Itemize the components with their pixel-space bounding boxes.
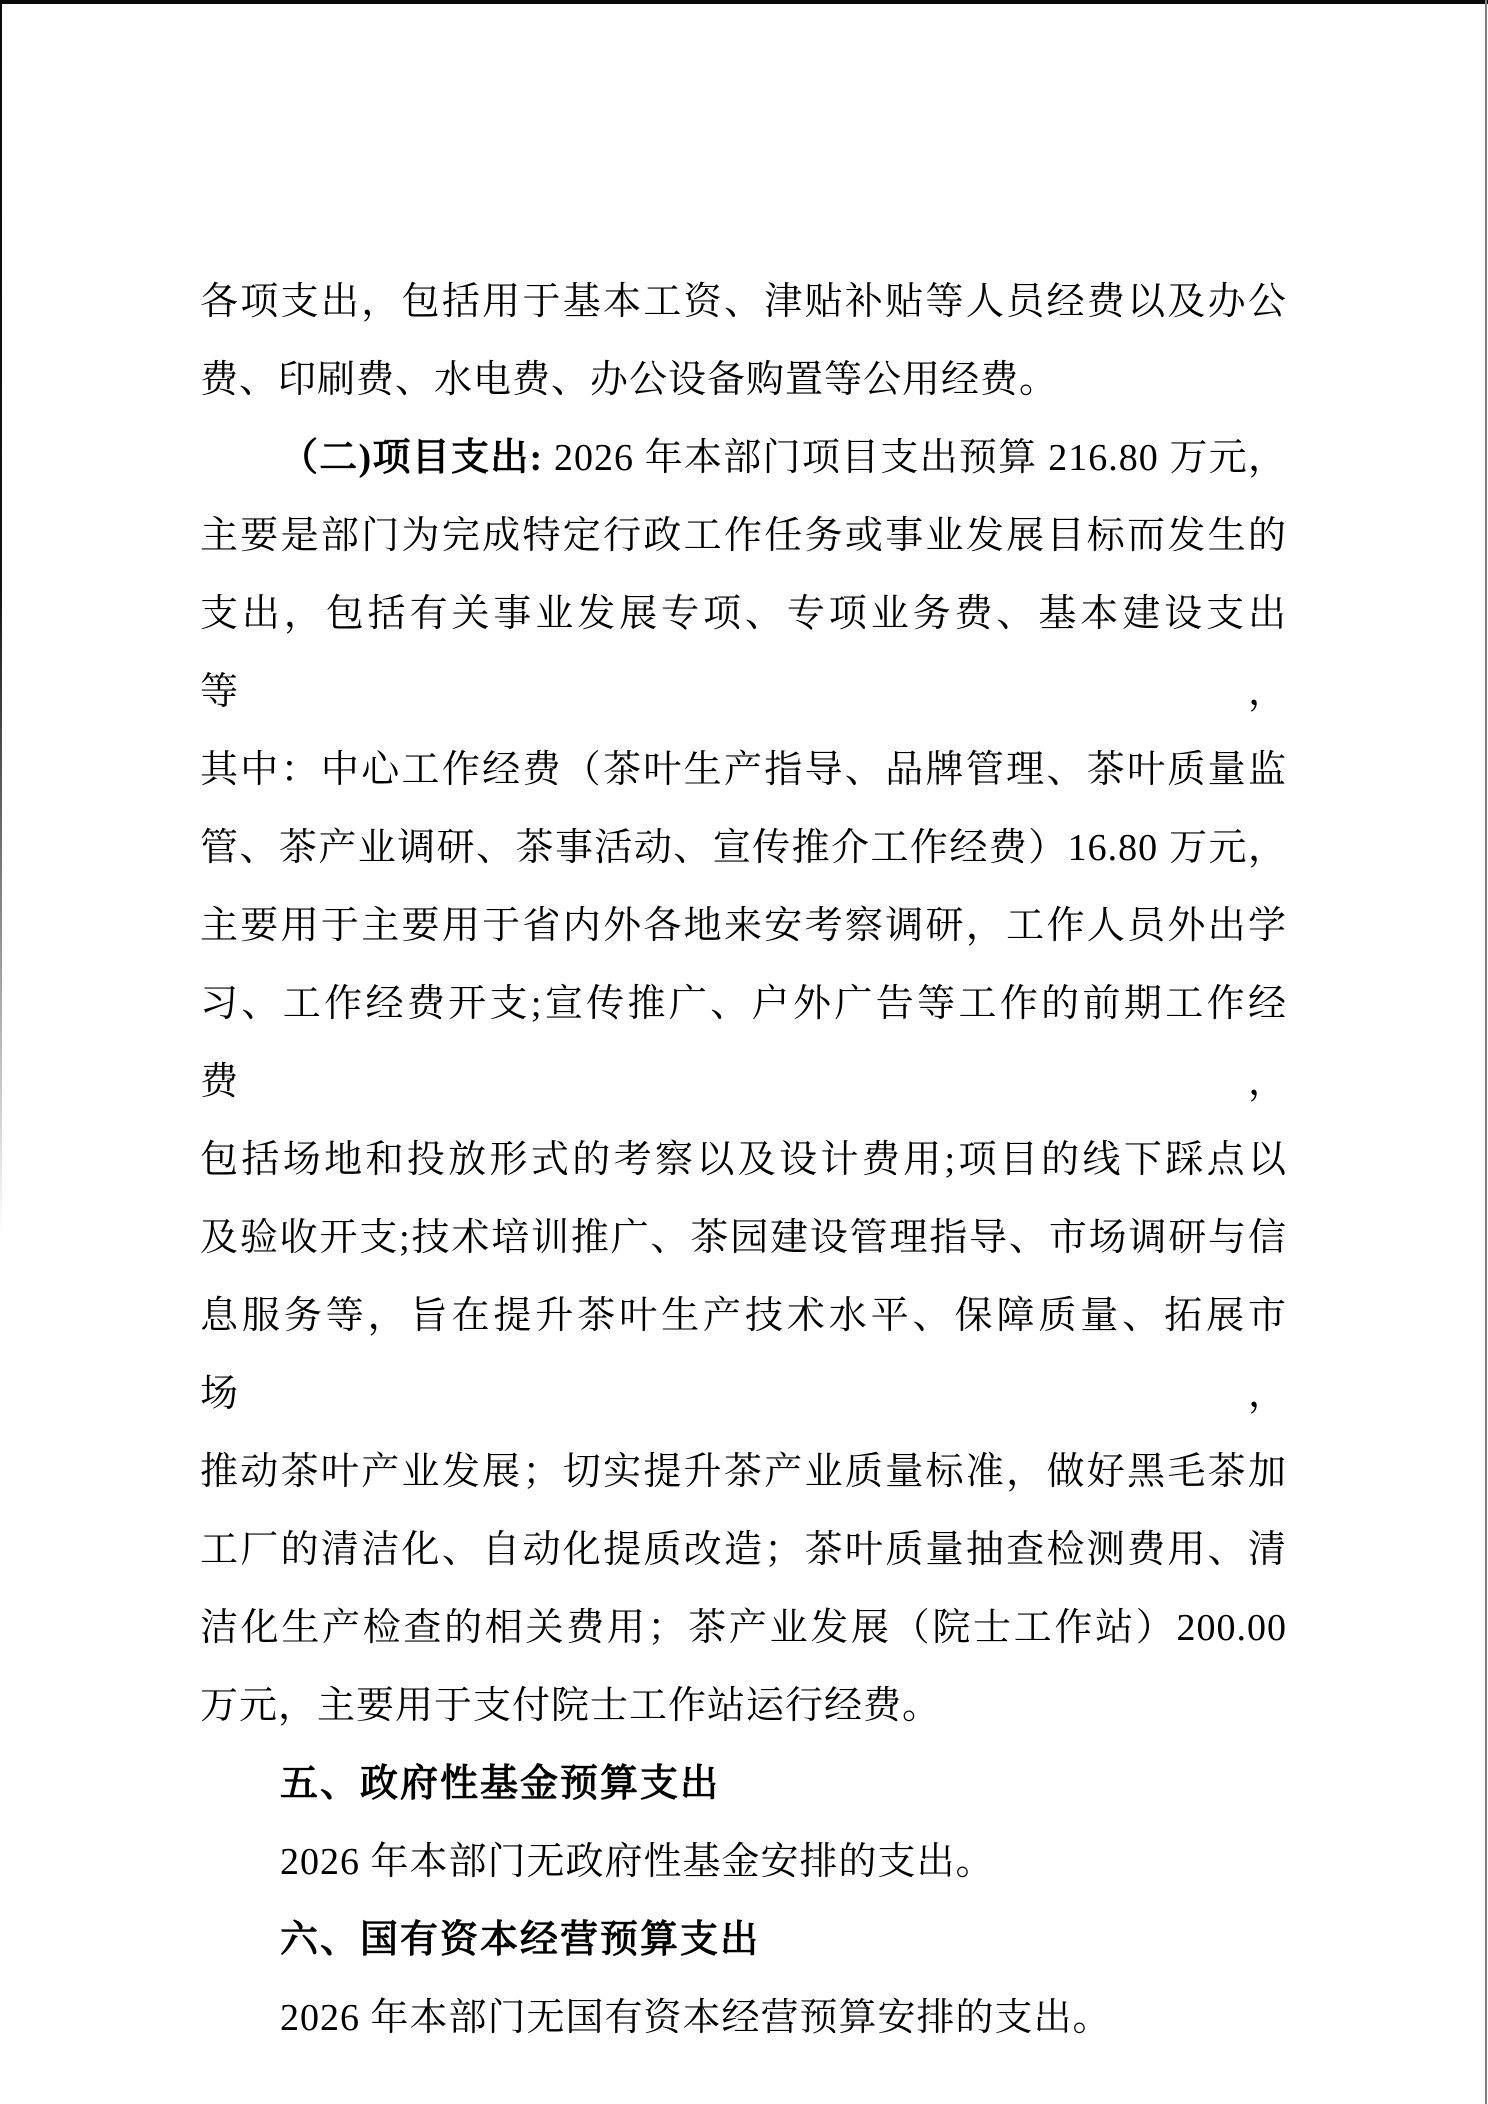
text-segment: 洁化生产检查的相关费用；茶产业发展（院士工作站）200.00 bbox=[200, 1607, 1287, 1649]
text-segment: 主要用于主要用于省内外各地来安考察调研，工作人员外出学 bbox=[200, 905, 1287, 947]
bold-label: 五、政府性基金预算支出 bbox=[280, 1763, 720, 1805]
text-segment: 工厂的清洁化、自动化提质改造；茶叶质量抽查检测费用、清 bbox=[200, 1529, 1287, 1571]
text-segment: 包括场地和投放形式的考察以及设计费用;项目的线下踩点以 bbox=[200, 1139, 1287, 1181]
text-segment: 及验收开支;技术培训推广、茶园建设管理指导、市场调研与信 bbox=[200, 1217, 1287, 1259]
section-heading: 六、国有资本经营预算支出 bbox=[200, 1901, 1287, 1979]
text-segment: 管、茶产业调研、茶事活动、宣传推介工作经费）16.80 万元， bbox=[200, 827, 1287, 869]
text-segment: 其中：中心工作经费（茶叶生产指导、品牌管理、茶叶质量监 bbox=[200, 749, 1287, 791]
section-heading: 五、政府性基金预算支出 bbox=[200, 1745, 1287, 1823]
text-segment: 费、印刷费、水电费、办公设备购置等公用经费。 bbox=[200, 359, 1058, 401]
text-line: 洁化生产检查的相关费用；茶产业发展（院士工作站）200.00 bbox=[200, 1589, 1287, 1667]
bold-label: （二)项目支出: bbox=[280, 437, 543, 479]
text-segment: 支出，包括有关事业发展专项、专项业务费、基本建设支出等， bbox=[200, 593, 1287, 713]
text-line: 主要是部门为完成特定行政工作任务或事业发展目标而发生的 bbox=[200, 497, 1287, 575]
text-segment: 主要是部门为完成特定行政工作任务或事业发展目标而发生的 bbox=[200, 515, 1287, 557]
page-right-edge-line bbox=[1485, 0, 1487, 2104]
document-body: 各项支出，包括用于基本工资、津贴补贴等人员经费以及办公费、印刷费、水电费、办公设… bbox=[200, 263, 1287, 2057]
text-line: 2026 年本部门无国有资本经营预算安排的支出。 bbox=[200, 1979, 1287, 2057]
text-line: （二)项目支出: 2026 年本部门项目支出预算 216.80 万元， bbox=[200, 419, 1287, 497]
text-segment: 习、工作经费开支;宣传推广、户外广告等工作的前期工作经费， bbox=[200, 983, 1287, 1103]
text-line: 2026 年本部门无政府性基金安排的支出。 bbox=[200, 1823, 1287, 1901]
text-line: 习、工作经费开支;宣传推广、户外广告等工作的前期工作经费， bbox=[200, 965, 1287, 1121]
text-line: 管、茶产业调研、茶事活动、宣传推介工作经费）16.80 万元， bbox=[200, 809, 1287, 887]
text-segment: 2026 年本部门项目支出预算 216.80 万元， bbox=[543, 437, 1287, 479]
text-line: 支出，包括有关事业发展专项、专项业务费、基本建设支出等， bbox=[200, 575, 1287, 731]
text-segment: 2026 年本部门无政府性基金安排的支出。 bbox=[280, 1841, 995, 1883]
text-segment: 息服务等，旨在提升茶叶生产技术水平、保障质量、拓展市场， bbox=[200, 1295, 1287, 1415]
document-page: 各项支出，包括用于基本工资、津贴补贴等人员经费以及办公费、印刷费、水电费、办公设… bbox=[0, 0, 1488, 2104]
text-line: 各项支出，包括用于基本工资、津贴补贴等人员经费以及办公 bbox=[200, 263, 1287, 341]
bold-label: 六、国有资本经营预算支出 bbox=[280, 1919, 760, 1961]
text-line: 息服务等，旨在提升茶叶生产技术水平、保障质量、拓展市场， bbox=[200, 1277, 1287, 1433]
text-segment: 万元，主要用于支付院士工作站运行经费。 bbox=[200, 1685, 941, 1727]
text-line: 万元，主要用于支付院士工作站运行经费。 bbox=[200, 1667, 1287, 1745]
text-line: 费、印刷费、水电费、办公设备购置等公用经费。 bbox=[200, 341, 1287, 419]
text-segment: 2026 年本部门无国有资本经营预算安排的支出。 bbox=[280, 1997, 1112, 2039]
text-line: 及验收开支;技术培训推广、茶园建设管理指导、市场调研与信 bbox=[200, 1199, 1287, 1277]
text-line: 工厂的清洁化、自动化提质改造；茶叶质量抽查检测费用、清 bbox=[200, 1511, 1287, 1589]
page-left-edge-line bbox=[0, 0, 2, 1300]
text-line: 推动茶叶产业发展；切实提升茶产业质量标准，做好黑毛茶加 bbox=[200, 1433, 1287, 1511]
text-line: 包括场地和投放形式的考察以及设计费用;项目的线下踩点以 bbox=[200, 1121, 1287, 1199]
text-segment: 各项支出，包括用于基本工资、津贴补贴等人员经费以及办公 bbox=[200, 281, 1287, 323]
text-line: 其中：中心工作经费（茶叶生产指导、品牌管理、茶叶质量监 bbox=[200, 731, 1287, 809]
text-segment: 推动茶叶产业发展；切实提升茶产业质量标准，做好黑毛茶加 bbox=[200, 1451, 1287, 1493]
page-top-edge-line bbox=[0, 0, 1488, 4]
text-line: 主要用于主要用于省内外各地来安考察调研，工作人员外出学 bbox=[200, 887, 1287, 965]
